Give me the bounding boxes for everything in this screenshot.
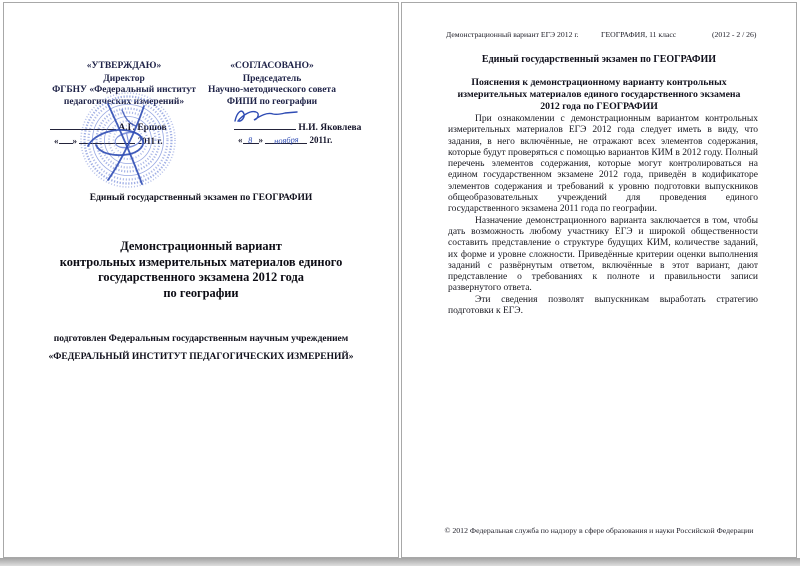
agree-line: Научно-методического совета bbox=[170, 85, 374, 97]
agree-line: Председатель bbox=[170, 74, 374, 86]
prepared-by-line: подготовлен Федеральным государственным … bbox=[4, 334, 398, 344]
institute-line: «ФЕДЕРАЛЬНЫЙ ИНСТИТУТ ПЕДАГОГИЧЕСКИХ ИЗМ… bbox=[4, 352, 398, 362]
quote-close: » bbox=[73, 136, 78, 146]
agree-block: «СОГЛАСОВАНО» Председатель Научно-методи… bbox=[170, 61, 374, 108]
handwritten-day: 8 bbox=[248, 135, 253, 145]
explanations-heading-line: измерительных материалов единого государ… bbox=[402, 89, 796, 101]
agree-title: «СОГЛАСОВАНО» bbox=[170, 61, 374, 73]
page-title: «УТВЕРЖДАЮ» Директор ФГБНУ «Федеральный … bbox=[3, 2, 399, 558]
exam-heading: Единый государственный экзамен по ГЕОГРА… bbox=[402, 54, 796, 65]
paragraph: При ознакомлении с демонстрационным вари… bbox=[448, 114, 758, 216]
explanations-heading: Пояснения к демонстрационному варианту к… bbox=[402, 77, 796, 113]
header-variant-label: Демонстрационный вариант ЕГЭ 2012 г. bbox=[446, 30, 579, 39]
main-title-line: Демонстрационный вариант bbox=[4, 239, 398, 255]
page-bottom-shadow bbox=[0, 558, 800, 566]
explanations-heading-line: Пояснения к демонстрационному варианту к… bbox=[402, 77, 796, 89]
year-text: 2011г. bbox=[310, 135, 333, 145]
body-text: При ознакомлении с демонстрационным вари… bbox=[448, 114, 758, 317]
main-title-line: государственного экзамена 2012 года bbox=[4, 270, 398, 286]
main-title-line: контрольных измерительных материалов еди… bbox=[4, 255, 398, 271]
document-viewer: «УТВЕРЖДАЮ» Директор ФГБНУ «Федеральный … bbox=[0, 0, 800, 566]
handwritten-month: ноября bbox=[274, 134, 299, 146]
header-subject-label: ГЕОГРАФИЯ, 11 класс bbox=[601, 30, 676, 39]
paragraph: Назначение демонстрационного варианта за… bbox=[448, 216, 758, 295]
main-title-line: по географии bbox=[4, 286, 398, 302]
copyright-footer: © 2012 Федеральная служба по надзору в с… bbox=[402, 526, 796, 535]
signature-scrawl-icon bbox=[231, 105, 313, 125]
agree-date-row: «8» ноября 2011г. bbox=[238, 135, 332, 145]
round-seal-stamp-icon bbox=[78, 90, 178, 190]
day-blank bbox=[59, 135, 73, 144]
page-explanations: Демонстрационный вариант ЕГЭ 2012 г. ГЕО… bbox=[401, 2, 797, 558]
paragraph: Эти сведения позволят выпускникам вырабо… bbox=[448, 295, 758, 318]
quote-close: » bbox=[259, 135, 264, 145]
main-title: Демонстрационный вариант контрольных изм… bbox=[4, 239, 398, 301]
header-page-indicator: (2012 - 2 / 26) bbox=[712, 30, 756, 39]
explanations-heading-line: 2012 года по ГЕОГРАФИИ bbox=[402, 101, 796, 113]
exam-heading: Единый государственный экзамен по ГЕОГРА… bbox=[4, 193, 398, 203]
